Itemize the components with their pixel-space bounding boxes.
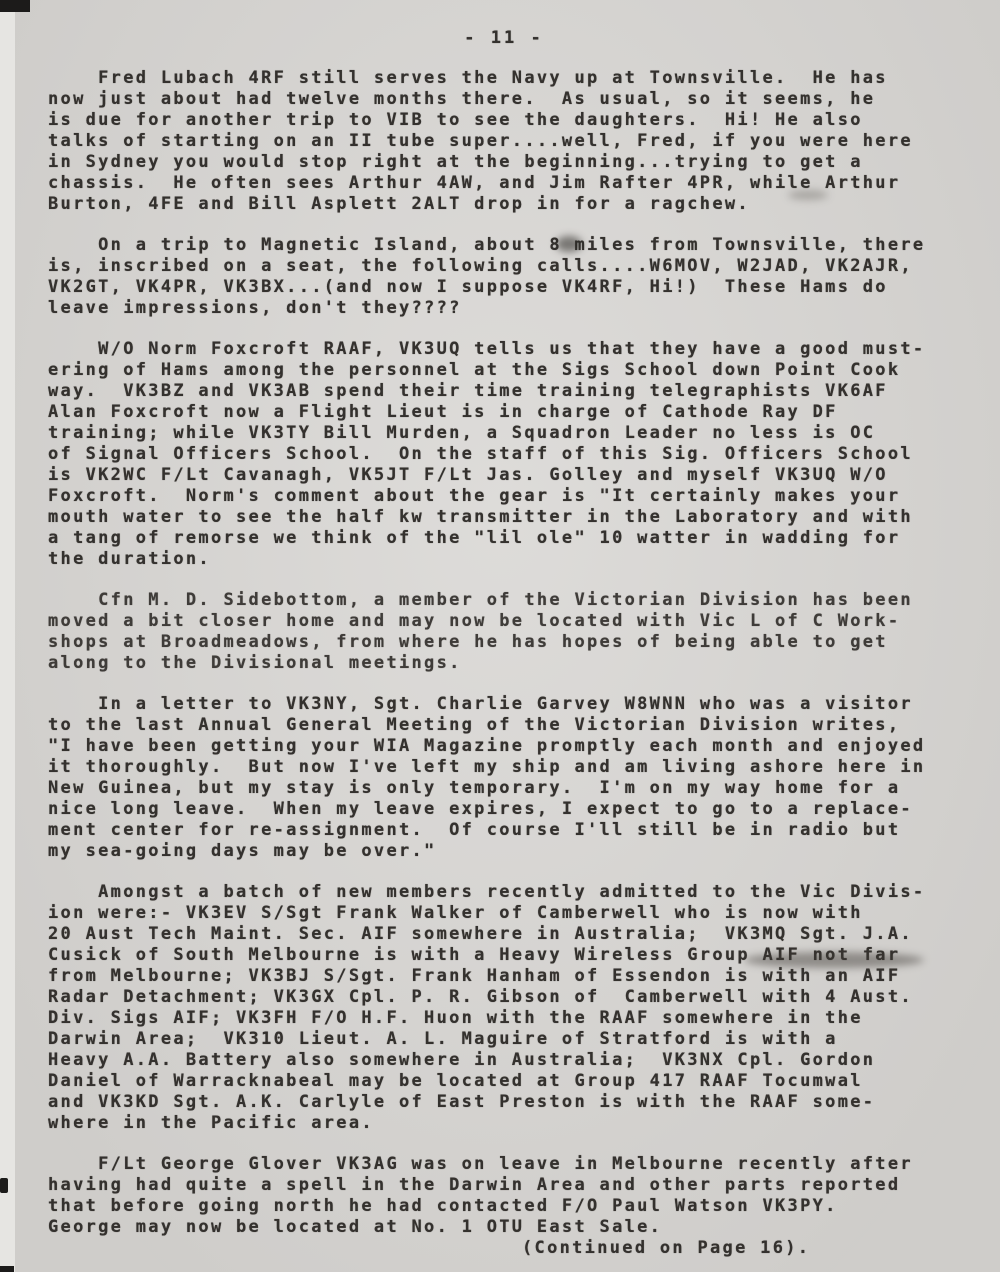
page-content: - 11 - Fred Lubach 4RF still serves the … — [48, 28, 960, 1259]
scan-edge-strip — [0, 0, 15, 1272]
paragraph-fred-lubach: Fred Lubach 4RF still serves the Navy up… — [48, 68, 960, 215]
paragraph-norm-foxcroft: W/O Norm Foxcroft RAAF, VK3UQ tells us t… — [48, 339, 960, 570]
paragraph-sidebottom: Cfn M. D. Sidebottom, a member of the Vi… — [48, 590, 960, 674]
scan-artifact-top-left — [0, 0, 30, 12]
paragraph-new-members: Amongst a batch of new members recently … — [48, 882, 960, 1134]
continuation-note: (Continued on Page 16). — [522, 1238, 960, 1259]
paragraph-george-glover: F/Lt George Glover VK3AG was on leave in… — [48, 1154, 960, 1238]
scanned-document-page: - 11 - Fred Lubach 4RF still serves the … — [0, 0, 1000, 1272]
paragraph-charlie-garvey-letter: In a letter to VK3NY, Sgt. Charlie Garve… — [48, 694, 960, 862]
scan-artifact-bottom-left — [0, 1266, 14, 1272]
scan-artifact-left-lower — [0, 1178, 8, 1193]
page-number: - 11 - — [48, 28, 960, 48]
paragraph-magnetic-island: On a trip to Magnetic Island, about 8 mi… — [48, 235, 960, 319]
